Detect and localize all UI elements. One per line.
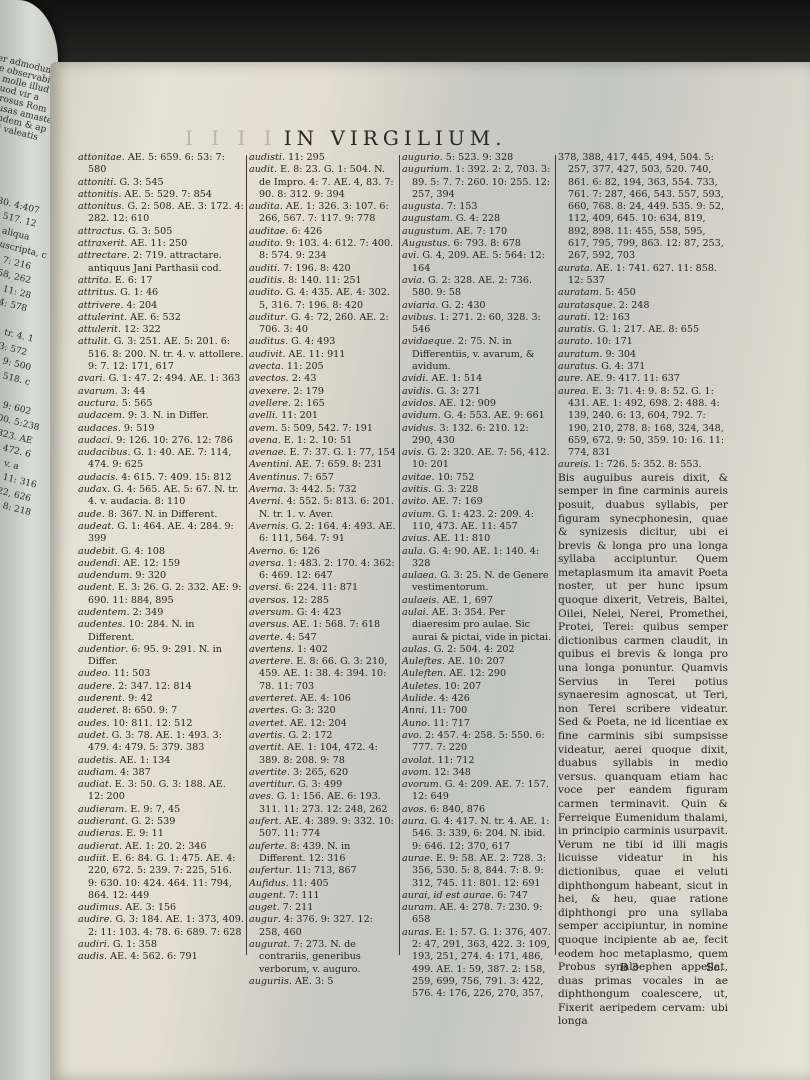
references: . 7: 211 <box>277 902 314 913</box>
references: . G. 2: 172 <box>282 730 332 741</box>
headword: audierant <box>78 816 125 827</box>
references: . AE. 10: 207 <box>442 656 505 667</box>
index-entry: avertit. AE. 1: 104, 472. 4: 389. 8: 208… <box>249 742 397 767</box>
index-entry: auctura. 5: 565 <box>78 398 244 410</box>
headword: attrectare <box>78 250 127 261</box>
index-entry: aversi. 6: 224. 11: 871 <box>249 582 397 594</box>
index-entry: augurium. 1: 392. 2: 2, 703. 3: 89. 5: 7… <box>402 164 552 201</box>
index-entry: audes. 10: 811. 12: 512 <box>78 718 244 730</box>
headword: auditur <box>249 312 285 323</box>
references: . AE. 12: 204 <box>284 718 347 729</box>
headword: avidum <box>402 410 438 421</box>
references: . AE. 1: 741. 627. 11: 858. 12: 537 <box>568 263 717 286</box>
references: . G. 3: 78. AE. 1: 493. 3: 479. 4: 479. … <box>88 730 222 753</box>
continued-entry: 378, 388, 417, 445, 494, 504. 5: 257, 37… <box>558 152 728 263</box>
headword: avem <box>249 423 275 434</box>
index-entry: audetis. AE. 1: 134 <box>78 755 244 767</box>
index-entry: auguriis. AE. 3: 5 <box>249 976 397 988</box>
references: . G. 3: 228 <box>428 484 478 495</box>
references: . 12: 322 <box>118 324 161 335</box>
references: . 11: 205 <box>281 361 324 372</box>
references: . AE. 11: 810 <box>427 533 490 544</box>
headword: aurata <box>558 263 590 274</box>
index-entry: audimus. AE. 3: 156 <box>78 902 244 914</box>
index-entry: augusta. 7: 153 <box>402 201 552 213</box>
index-column-2: audisti. 11: 295audit. E. 8: 23. G. 1: 5… <box>249 152 397 988</box>
headword: aurato <box>558 336 590 347</box>
index-entry: Auno. 11: 717 <box>402 718 552 730</box>
index-entry: audet. G. 3: 78. AE. 1: 493. 3: 479. 4: … <box>78 730 244 755</box>
references: . 12: 163 <box>587 312 630 323</box>
index-entry: auram. AE. 4: 278. 7: 230. 9: 658 <box>402 902 552 927</box>
references: . 7: 657 <box>297 472 334 483</box>
headword: avexere <box>249 386 287 397</box>
references: . G. 3: 545 <box>113 177 163 188</box>
index-entry: aureis. 1: 726. 5: 352. 8: 553. <box>558 459 728 471</box>
references: . 11: 405 <box>286 878 329 889</box>
references: . 2: 457. 4: 258. 5: 550. 6: 777. 7: 220 <box>412 730 545 753</box>
references: . 5: 509, 542. 7: 191 <box>275 423 373 434</box>
headword: attrita <box>78 275 109 286</box>
headword: aufert <box>249 816 279 827</box>
references: . 4: 552. 5: 813. 6: 201. N. tr. 1. v. A… <box>259 496 394 519</box>
headword: audendum <box>78 570 129 581</box>
index-entry: audito. G. 4: 435. AE. 4: 302. 5, 316. 7… <box>249 287 397 312</box>
headword: aversus <box>249 619 286 630</box>
index-entry: audaci. 9: 126. 10: 276. 12: 786 <box>78 435 244 447</box>
index-entry: auras. E: 1: 57. G. 1: 376, 407. 2: 47, … <box>402 927 552 1001</box>
references: . 2: 43 <box>286 373 317 384</box>
references: . 9: 3. N. in Differ. <box>122 410 209 421</box>
headword: avium <box>402 509 431 520</box>
headword: avo <box>402 730 419 741</box>
headword: averteret <box>249 693 294 704</box>
headword: audacis <box>78 472 115 483</box>
index-entry: attonitus. G. 2: 508. AE. 3: 172. 4: 282… <box>78 201 244 226</box>
references: . G. 3: 184. AE. 1: 373, 409. 2: 11: 103… <box>88 914 244 937</box>
headword: audetis <box>78 755 114 766</box>
index-entry: avitae. 10: 752 <box>402 472 552 484</box>
index-entry: auderent. 9: 42 <box>78 693 244 705</box>
headword: augurium <box>402 164 449 175</box>
index-entry: avo. 2: 457. 4: 258. 5: 550. 6: 777. 7: … <box>402 730 552 755</box>
references: . 1: 726. 5: 352. 8: 553. <box>588 459 701 470</box>
index-entry: attrita. E. 6: 17 <box>78 275 244 287</box>
index-entry: avom. 12: 348 <box>402 767 552 779</box>
running-head: I I I IIN VIRGILIUM. <box>185 126 507 150</box>
references: . E. 6: 17 <box>109 275 153 286</box>
headword: avom <box>402 767 428 778</box>
index-entry: Anni. 11: 700 <box>402 705 552 717</box>
headword: auditis <box>249 275 282 286</box>
headword: audit <box>249 164 274 175</box>
index-entry: audiat. E. 3: 50. G. 3: 188. AE. 12: 200 <box>78 779 244 804</box>
references: . G. 4, 209. AE. 5: 564: 12: 164 <box>412 250 545 273</box>
index-entry: audax. G. 4: 565. AE. 5: 67. N. tr. 4. v… <box>78 484 244 509</box>
headword: avidos <box>402 398 433 409</box>
index-entry: avium. G. 1: 423. 2: 209. 4: 110, 473. A… <box>402 509 552 534</box>
headword: Augustus <box>402 238 447 249</box>
references: . AE. 6: 532 <box>124 312 181 323</box>
index-entry: attrivere. 4: 204 <box>78 300 244 312</box>
index-entry: audeat. G. 1: 464. AE. 4: 284. 9: 399 <box>78 521 244 546</box>
references: . 2: 349 <box>127 607 164 618</box>
index-entry: avelli. 11: 201 <box>249 410 397 422</box>
index-entry: auditus. G. 4: 493 <box>249 336 397 348</box>
headword: augustum <box>402 226 450 237</box>
references: . 6: 840, 876 <box>424 804 485 815</box>
index-entry: avectos. 2: 43 <box>249 373 397 385</box>
headword: aversum <box>249 607 291 618</box>
references: . AE. 4: 562. 6: 791 <box>104 951 198 962</box>
headword: avertite <box>249 767 287 778</box>
index-entry: aura. G. 4: 417. N. tr. 4. AE. 1: 546. 3… <box>402 816 552 853</box>
index-entry: attulit. G. 3: 251. AE. 5: 201. 6: 516. … <box>78 336 244 373</box>
references: . 10: 752 <box>431 472 474 483</box>
references: . AE. 4: 389. 9: 332. 10: 507. 11: 774 <box>259 816 394 839</box>
references: . AE. 11: 250 <box>124 238 187 249</box>
commentary-note: Bis auguibus aureis dixit, & semper in f… <box>558 472 728 1029</box>
index-entry: aufertur. 11: 713, 867 <box>249 865 397 877</box>
index-entry: avarum. 3: 44 <box>78 386 244 398</box>
references: . 11: 295 <box>282 152 325 163</box>
index-entry: avidis. G. 3: 271 <box>402 386 552 398</box>
index-entry: audire. G. 3: 184. AE. 1: 373, 409. 2: 1… <box>78 914 244 939</box>
index-entry: attritus. G. 1: 46 <box>78 287 244 299</box>
index-entry: auratasque. 2: 248 <box>558 300 728 312</box>
headword: audentior <box>78 644 125 655</box>
index-entry: avertere. E. 8: 66. G. 3: 210, 459. AE. … <box>249 656 397 693</box>
index-entry: Averni. 4: 552. 5: 813. 6: 201. N. tr. 1… <box>249 496 397 521</box>
references: . G. 4: 493 <box>285 336 335 347</box>
index-entry: auditur. G. 4: 72, 260. AE. 2: 706. 3: 4… <box>249 312 397 337</box>
references: . E. 8: 23. G. 1: 504. N. de Impro. 4: 7… <box>259 164 394 200</box>
headword: augusta <box>402 201 441 212</box>
headword: Auno <box>402 718 427 729</box>
references: . 5: 565 <box>116 398 153 409</box>
index-entry: auditi. 7: 196. 8: 420 <box>249 263 397 275</box>
references: . AE. 1: 568. 7: 618 <box>286 619 380 630</box>
references: . 10: 207 <box>438 681 481 692</box>
index-entry: Averno. 6: 126 <box>249 546 397 558</box>
headword: auguriis <box>249 976 289 987</box>
column-rule <box>246 155 247 955</box>
headword: aure <box>558 373 580 384</box>
index-entry: avertes. G: 3: 320 <box>249 705 397 717</box>
headword: Aulide <box>402 693 433 704</box>
index-entry: avidus. 3: 132. 6: 210. 12: 290, 430 <box>402 423 552 448</box>
references: . AE. 1: 20. 2: 346 <box>119 841 207 852</box>
index-entry: auget. 7: 211 <box>249 902 397 914</box>
index-entry: auderet. 8: 650. 9: 7 <box>78 705 244 717</box>
references: . G. 4: 417. N. tr. 4. AE. 1: 546. 3: 33… <box>412 816 549 852</box>
index-entry: avis. G. 2: 320. AE. 7: 56, 412. 10: 201 <box>402 447 552 472</box>
index-entry: audita. AE. 1: 326. 3: 107. 6: 266, 567.… <box>249 201 397 226</box>
headword: avito <box>402 496 426 507</box>
references: . G. 4: 228 <box>450 213 500 224</box>
index-entry: attractus. G. 3: 505 <box>78 226 244 238</box>
index-entry: avexere. 2: 179 <box>249 386 397 398</box>
headword: avidis <box>402 386 430 397</box>
headword: aula <box>402 546 423 557</box>
headword: auditae <box>249 226 285 237</box>
index-entry: avidaeque. 2: 75. N. in Differentiis, v.… <box>402 336 552 373</box>
index-entry: aufert. AE. 4: 389. 9: 332. 10: 507. 11:… <box>249 816 397 841</box>
headword: avertes <box>249 705 285 716</box>
index-entry: Auletes. 10: 207 <box>402 681 552 693</box>
index-entry: attulerit. 12: 322 <box>78 324 244 336</box>
references: . AE. 3: 354. Per diaeresim pro aulae. S… <box>412 607 551 643</box>
index-entry: audacem. 9: 3. N. in Differ. <box>78 410 244 422</box>
headword: attulerint <box>78 312 124 323</box>
headword: audet <box>78 730 106 741</box>
headword: Avernis <box>249 521 285 532</box>
index-entry: audieras. E. 9: 11 <box>78 828 244 840</box>
headword: aurati <box>558 312 587 323</box>
references: . 8: 650. 9: 7 <box>116 705 177 716</box>
column-rule <box>555 155 556 955</box>
headword: avectos <box>249 373 286 384</box>
references: . 1: 402 <box>291 644 328 655</box>
headword: avis <box>402 447 421 458</box>
index-entry: aulas. G. 2: 504. 4: 202 <box>402 644 552 656</box>
index-entry: aude. 8: 367. N. in Different. <box>78 509 244 521</box>
headword: attonitis <box>78 189 118 200</box>
headword: avertet <box>249 718 284 729</box>
references: . AE. 7: 169 <box>426 496 483 507</box>
references: . 2: 165 <box>288 398 325 409</box>
headword: augent <box>249 890 283 901</box>
headword: avitis <box>402 484 428 495</box>
index-column-4: 378, 388, 417, 445, 494, 504. 5: 257, 37… <box>558 152 728 1029</box>
index-entry: attrectare. 2: 719. attractare. antiquus… <box>78 250 244 275</box>
index-entry: attraxerit. AE. 11: 250 <box>78 238 244 250</box>
headword: Averno <box>249 546 283 557</box>
index-entry: audacibus. G. 1: 40. AE. 7: 114, 474. 9:… <box>78 447 244 472</box>
references: . 9: 304 <box>599 349 636 360</box>
index-entry: aurati. 12: 163 <box>558 312 728 324</box>
index-entry: Averna. 3: 442. 5: 732 <box>249 484 397 496</box>
headword: avidus <box>402 423 433 434</box>
references: . G. 2: 320. AE. 7: 56, 412. 10: 201 <box>412 447 550 470</box>
page-title: IN VIRGILIUM. <box>284 126 507 150</box>
headword: augur <box>249 914 278 925</box>
headword: audieram <box>78 804 124 815</box>
show-through-text: I I I I <box>185 126 278 150</box>
headword: avena <box>249 435 278 446</box>
index-entry: auferte. 8: 439. N. in Different. 12: 31… <box>249 841 397 866</box>
index-entry: audendum. 9: 320 <box>78 570 244 582</box>
index-entry: avertitur. G. 3: 499 <box>249 779 397 791</box>
references: . AE. 12: 159 <box>117 558 180 569</box>
references: . 10: 171 <box>590 336 633 347</box>
references: . 4: 387 <box>114 767 151 778</box>
references: . AE. 12: 290 <box>443 668 506 679</box>
headword: audebit <box>78 546 115 557</box>
index-entry: Auleftes. AE. 10: 207 <box>402 656 552 668</box>
headword: auditus <box>249 336 285 347</box>
references: . AE. 7: 170 <box>450 226 507 237</box>
references: . AE. 9: 417. 11: 637 <box>580 373 680 384</box>
index-entry: Aulide. 4: 426 <box>402 693 552 705</box>
headword: audentes <box>78 619 122 630</box>
headword: aversa <box>249 558 281 569</box>
headword: aurae <box>402 853 430 864</box>
headword: audisti <box>249 152 282 163</box>
index-entry: avidos. AE. 12: 909 <box>402 398 552 410</box>
headword: attritus <box>78 287 114 298</box>
headword: avidaeque <box>402 336 452 347</box>
headword: auctura <box>78 398 116 409</box>
headword: aulas <box>402 644 428 655</box>
headword: audentem <box>78 607 127 618</box>
headword: avos <box>402 804 424 815</box>
references: . E: 1: 57. G. 1: 376, 407. 2: 47, 291, … <box>412 927 551 999</box>
index-entry: audendi. AE. 12: 159 <box>78 558 244 570</box>
references: . G. 4: 90. AE. 1: 140. 4: 328 <box>412 546 539 569</box>
index-entry: avertite. 3: 265, 620 <box>249 767 397 779</box>
headword: avitae <box>402 472 431 483</box>
references: . 6: 793. 8: 678 <box>447 238 521 249</box>
index-entry: audit. E. 8: 23. G. 1: 504. N. de Impro.… <box>249 164 397 201</box>
index-entry: aulaeis. AE. 1, 697 <box>402 595 552 607</box>
index-entry: audebit. G. 4: 108 <box>78 546 244 558</box>
references: . 9: 126. 10: 276. 12: 786 <box>110 435 233 446</box>
references: . AE. 3: 156 <box>119 902 176 913</box>
headword: audeat <box>78 521 111 532</box>
index-entry: aulaea. G. 3: 25. N. de Genere vestiment… <box>402 570 552 595</box>
headword: avibus <box>402 312 433 323</box>
catchword: Sc. <box>706 961 723 974</box>
index-entry: attonitis. AE. 5: 529. 7: 854 <box>78 189 244 201</box>
headword: audiri <box>78 939 107 950</box>
index-entry: auratum. 9: 304 <box>558 349 728 361</box>
headword: aversos <box>249 595 286 606</box>
headword: avelli <box>249 410 275 421</box>
references: . 5: 450 <box>599 287 636 298</box>
references: . G. 3: 499 <box>292 779 342 790</box>
index-entry: audacis. 4: 615. 7: 409. 15: 812 <box>78 472 244 484</box>
references: . AE. 11: 911 <box>282 349 345 360</box>
headword: Auleftes <box>402 656 442 667</box>
column-rule <box>399 155 400 955</box>
headword: audiam <box>78 767 114 778</box>
references: . E. 3: 26. G. 2: 332. AE: 9: 690. 11: 8… <box>88 582 241 605</box>
references: . 7: 111 <box>283 890 320 901</box>
references: . AE. 12: 909 <box>433 398 496 409</box>
index-entry: aversa. 1: 483. 2: 170. 4: 362: 6: 469. … <box>249 558 397 583</box>
headword: audeo <box>78 668 108 679</box>
headword: attonitae <box>78 152 122 163</box>
headword: aura <box>402 816 424 827</box>
references: . AE. 1: 134 <box>114 755 171 766</box>
index-entry: avius. AE. 11: 810 <box>402 533 552 545</box>
references: . 7: 153 <box>441 201 478 212</box>
headword: avertens <box>249 644 291 655</box>
index-entry: audivit. AE. 11: 911 <box>249 349 397 361</box>
headword: aulaeis <box>402 595 436 606</box>
headword: avecta <box>249 361 281 372</box>
headword: avellere <box>249 398 288 409</box>
index-entry: aurai, id est aurae. 6: 747 <box>402 890 552 902</box>
headword: Auletes <box>402 681 438 692</box>
headword: audieras <box>78 828 120 839</box>
index-entry: avos. 6: 840, 876 <box>402 804 552 816</box>
references: . 6: 747 <box>491 890 528 901</box>
headword: audivit <box>249 349 282 360</box>
index-entry: audeo. 11: 503 <box>78 668 244 680</box>
index-entry: Auleften. AE. 12: 290 <box>402 668 552 680</box>
index-entry: augur. 4: 376. 9: 327. 12: 258, 460 <box>249 914 397 939</box>
references: . AE. 4: 106 <box>294 693 351 704</box>
headword: Averna <box>249 484 283 495</box>
index-entry: aure. AE. 9: 417. 11: 637 <box>558 373 728 385</box>
headword: aviaria <box>402 300 435 311</box>
index-entry: Aventinus. 7: 657 <box>249 472 397 484</box>
index-entry: avertet. AE. 12: 204 <box>249 718 397 730</box>
index-entry: audiri. G. 1: 358 <box>78 939 244 951</box>
headword: audierat <box>78 841 119 852</box>
headword: avorum <box>402 779 439 790</box>
references: . 3: 265, 620 <box>287 767 348 778</box>
index-entry: augent. 7: 111 <box>249 890 397 902</box>
index-entry: audentem. 2: 349 <box>78 607 244 619</box>
index-entry: augustam. G. 4: 228 <box>402 213 552 225</box>
headword: aurea <box>558 386 586 397</box>
references: . 2: 248 <box>613 300 650 311</box>
headword: avenae <box>249 447 283 458</box>
references: . 9: 320 <box>129 570 166 581</box>
headword: auratasque <box>558 300 613 311</box>
index-entry: avidi. AE. 1: 514 <box>402 373 552 385</box>
headword: Averni <box>249 496 280 507</box>
index-entry: avenae. E. 7: 37. G. 1: 77, 154 <box>249 447 397 459</box>
index-entry: aulai. AE. 3: 354. Per diaeresim pro aul… <box>402 607 552 644</box>
references: . G. 4: 371 <box>595 361 645 372</box>
references: . G: 4: 423 <box>291 607 342 618</box>
index-entry: avem. 5: 509, 542. 7: 191 <box>249 423 397 435</box>
references: . G. 1: 217. AE. 8: 655 <box>592 324 699 335</box>
headword: Aventini <box>249 459 289 470</box>
index-entry: auratus. G. 4: 371 <box>558 361 728 373</box>
headword: attonitus <box>78 201 121 212</box>
index-entry: Avernis. G. 2: 164. 4: 493. AE. 6: 111, … <box>249 521 397 546</box>
headword: aureis <box>558 459 588 470</box>
headword: audaces <box>78 423 118 434</box>
headword: auderent <box>78 693 122 704</box>
headword: aurai, id est aurae <box>402 890 491 901</box>
headword: augustam <box>402 213 450 224</box>
references: . 11: 713, 867 <box>289 865 356 876</box>
references: . G. 1: 156. AE. 6: 193. 311. 11: 273. 1… <box>259 791 388 814</box>
references: . AE. 1: 514 <box>425 373 482 384</box>
index-entry: avolat. 11: 712 <box>402 755 552 767</box>
index-entry: audentior. 6: 95. 9: 291. N. in Differ. <box>78 644 244 669</box>
index-entry: avorum. G. 4: 209. AE. 7: 157. 12: 649 <box>402 779 552 804</box>
references: . 4: 426 <box>433 693 470 704</box>
references: . E. 3: 71. 4: 9. 8: 52. G. 1: 431. AE. … <box>568 386 724 458</box>
index-entry: avi. G. 4, 209. AE. 5: 564: 12: 164 <box>402 250 552 275</box>
index-entry: auratam. 5: 450 <box>558 287 728 299</box>
index-entry: augustum. AE. 7: 170 <box>402 226 552 238</box>
index-entry: audis. AE. 4: 562. 6: 791 <box>78 951 244 963</box>
references: . 11: 717 <box>427 718 470 729</box>
index-entry: avitis. G. 3: 228 <box>402 484 552 496</box>
references: . 10: 811. 12: 512 <box>107 718 193 729</box>
references: . 6: 126 <box>283 546 320 557</box>
references: . AE. 3: 5 <box>289 976 334 987</box>
headword: audiit <box>78 853 106 864</box>
